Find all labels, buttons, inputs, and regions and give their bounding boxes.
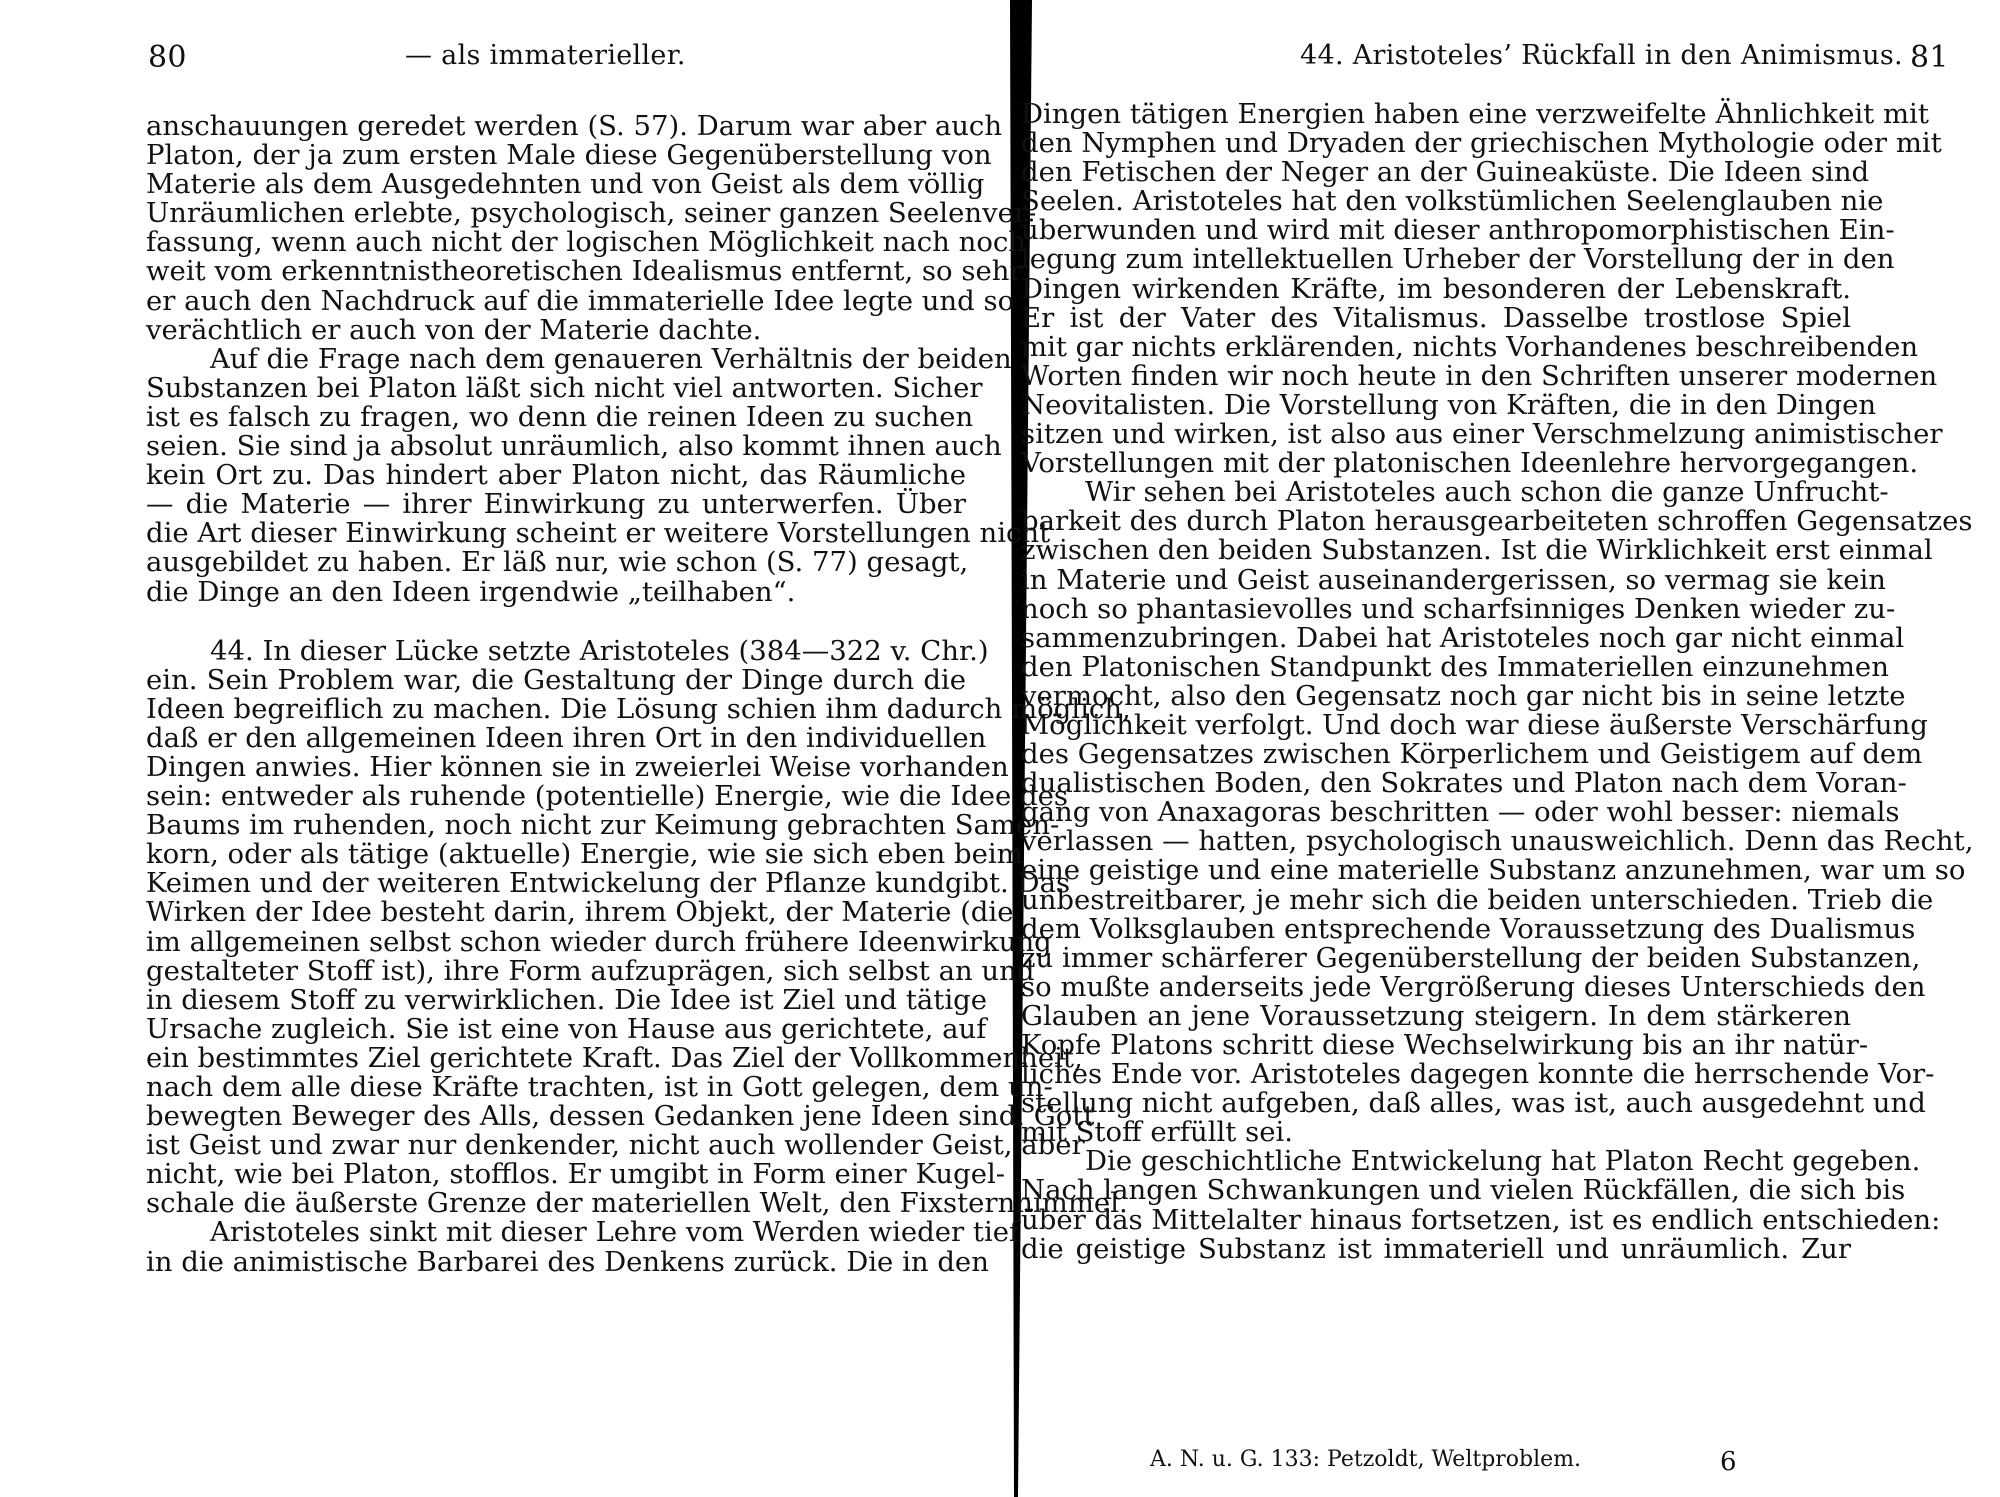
text-line: — die Materie — ihrer Einwirkung zu unte… [146, 490, 966, 519]
text-line: in Materie und Geist auseinandergerissen… [1021, 566, 1851, 595]
text-line: Er ist der Vater des Vitalismus. Dasselb… [1021, 304, 1851, 333]
text-line: nach dem alle diese Kräfte trachten, ist… [146, 1073, 966, 1102]
text-line: Dingen wirkenden Kräfte, im besonderen d… [1021, 275, 1851, 304]
text-line: sein: entweder als ruhende (potentielle)… [146, 782, 966, 811]
text-line: Seelen. Aristoteles hat den volkstümlich… [1021, 187, 1851, 216]
text-line: in diesem Stoff zu verwirklichen. Die Id… [146, 986, 966, 1015]
text-line: Materie als dem Ausgedehnten und von Gei… [146, 170, 966, 199]
right-page: 44. Aristoteles’ Rückfall in den Animism… [1030, 0, 2000, 1497]
text-line: dualistischen Boden, den Sokrates und Pl… [1021, 769, 1851, 798]
text-line: über das Mittelalter hinaus fortsetzen, … [1021, 1206, 1851, 1235]
text-line: Substanzen bei Platon läßt sich nicht vi… [146, 374, 966, 403]
text-line: überwunden und wird mit dieser anthropom… [1021, 216, 1851, 245]
text-line: Dingen tätigen Energien haben eine verzw… [1021, 100, 1851, 129]
text-line: Ursache zugleich. Sie ist eine von Hause… [146, 1015, 966, 1044]
text-line: stellung nicht aufgeben, daß alles, was … [1021, 1089, 1851, 1118]
text-line: ein. Sein Problem war, die Gestaltung de… [146, 666, 966, 695]
text-line: im allgemeinen selbst schon wieder durch… [146, 928, 966, 957]
text-line: noch so phantasievolles und scharfsinnig… [1021, 595, 1851, 624]
text-line: die Dinge an den Ideen irgendwie „teilha… [146, 578, 966, 607]
text-line: schale die äußerste Grenze der materiell… [146, 1189, 966, 1218]
text-line: liches Ende vor. Aristoteles dagegen kon… [1021, 1060, 1851, 1089]
text-line: unbestreitbarer, je mehr sich die beiden… [1021, 886, 1851, 915]
text-line: gestalteter Stoff ist), ihre Form aufzup… [146, 957, 966, 986]
paragraph-start-line: Wir sehen bei Aristoteles auch schon die… [1021, 478, 1851, 507]
text-line: sammenzubringen. Dabei hat Aristoteles n… [1021, 624, 1851, 653]
text-line: sitzen und wirken, ist also aus einer Ve… [1021, 420, 1851, 449]
text-line: Neovitalisten. Die Vorstellung von Kräft… [1021, 391, 1851, 420]
text-line: er auch den Nachdruck auf die immateriel… [146, 287, 966, 316]
text-line: Vorstellungen mit der platonischen Ideen… [1021, 449, 1851, 478]
text-line: legung zum intellektuellen Urheber der V… [1021, 245, 1851, 274]
text-line: nicht, wie bei Platon, stofflos. Er umgi… [146, 1160, 966, 1189]
text-line: die geistige Substanz ist immateriell un… [1021, 1235, 1851, 1264]
text-line: den Platonischen Standpunkt des Immateri… [1021, 653, 1851, 682]
text-line: Keimen und der weiteren Entwickelung der… [146, 869, 966, 898]
text-line: Dingen anwies. Hier können sie in zweier… [146, 753, 966, 782]
text-line: fassung, wenn auch nicht der logischen M… [146, 228, 966, 257]
text-line: barkeit des durch Platon herausgearbeite… [1021, 507, 1851, 536]
text-line: Ideen begreiflich zu machen. Die Lösung … [146, 695, 966, 724]
paragraph-start-line: Die geschichtliche Entwickelung hat Plat… [1021, 1147, 1851, 1176]
running-head: — als immaterieller. [405, 40, 686, 71]
text-line: korn, oder als tätige (aktuelle) Energie… [146, 840, 966, 869]
page-body: anschauungen geredet werden (S. 57). Dar… [146, 112, 966, 1277]
text-line: Unräumlichen erlebte, psychologisch, sei… [146, 199, 966, 228]
text-line: Worten finden wir noch heute in den Schr… [1021, 362, 1851, 391]
text-line: in die animistische Barbarei des Denkens… [146, 1248, 966, 1277]
text-line: zu immer schärferer Gegenüberstellung de… [1021, 944, 1851, 973]
text-line: die Art dieser Einwirkung scheint er wei… [146, 519, 966, 548]
text-line: mit gar nichts erklärenden, nichts Vorha… [1021, 333, 1851, 362]
paragraph-start-line: Aristoteles sinkt mit dieser Lehre vom W… [146, 1218, 966, 1247]
text-line: des Gegensatzes zwischen Körperlichem un… [1021, 740, 1851, 769]
text-line: Platon, der ja zum ersten Male diese Geg… [146, 141, 966, 170]
printer-signature: A. N. u. G. 133: Petzoldt, Weltproblem. [1150, 1447, 1581, 1472]
text-line: so mußte anderseits jede Vergrößerung di… [1021, 973, 1851, 1002]
text-line: eine geistige und eine materielle Substa… [1021, 856, 1851, 885]
text-line: den Nymphen und Dryaden der griechischen… [1021, 129, 1851, 158]
text-line: mit Stoff erfüllt sei. [1021, 1118, 1851, 1147]
text-line: ist Geist und zwar nur denkender, nicht … [146, 1131, 966, 1160]
text-line: anschauungen geredet werden (S. 57). Dar… [146, 112, 966, 141]
text-line: Kopfe Platons schritt diese Wechselwirku… [1021, 1031, 1851, 1060]
left-page: 80 — als immaterieller. anschauungen ger… [0, 0, 1010, 1497]
text-line: ausgebildet zu haben. Er läß nur, wie sc… [146, 548, 966, 577]
section-gap [146, 607, 966, 637]
text-line: vermocht, also den Gegensatz noch gar ni… [1021, 682, 1851, 711]
text-line: zwischen den beiden Substanzen. Ist die … [1021, 536, 1851, 565]
paragraph-start-line: Auf die Frage nach dem genaueren Verhält… [146, 345, 966, 374]
page-number: 80 [148, 40, 187, 75]
text-line: bewegten Beweger des Alls, dessen Gedank… [146, 1102, 966, 1131]
running-head: 44. Aristoteles’ Rückfall in den Animism… [1300, 40, 1903, 71]
text-line: ist es falsch zu fragen, wo denn die rei… [146, 403, 966, 432]
text-line: weit vom erkenntnistheoretischen Idealis… [146, 257, 966, 286]
text-line: ein bestimmtes Ziel gerichtete Kraft. Da… [146, 1044, 966, 1073]
text-line: kein Ort zu. Das hindert aber Platon nic… [146, 461, 966, 490]
sheet-number: 6 [1720, 1447, 1737, 1477]
page-body: Dingen tätigen Energien haben eine verzw… [922, 100, 1851, 1264]
page-number: 81 [1910, 40, 1949, 75]
text-line: gang von Anaxagoras beschritten — oder w… [1021, 798, 1851, 827]
text-line: Glauben an jene Voraussetzung steigern. … [1021, 1002, 1851, 1031]
text-line: Möglichkeit verfolgt. Und doch war diese… [1021, 711, 1851, 740]
text-line: seien. Sie sind ja absolut unräumlich, a… [146, 432, 966, 461]
text-line: Wirken der Idee besteht darin, ihrem Obj… [146, 898, 966, 927]
text-line: verlassen — hatten, psychologisch unausw… [1021, 827, 1851, 856]
text-line: dem Volksglauben entsprechende Vorausset… [1021, 915, 1851, 944]
text-line: Baums im ruhenden, noch nicht zur Keimun… [146, 811, 966, 840]
section-44-heading-line: 44. In dieser Lücke setzte Aristoteles (… [146, 637, 966, 666]
text-line: Nach langen Schwankungen und vielen Rück… [1021, 1176, 1851, 1205]
text-line: den Fetischen der Neger an der Guineaküs… [1021, 158, 1851, 187]
text-line: daß er den allgemeinen Ideen ihren Ort i… [146, 724, 966, 753]
text-line: verächtlich er auch von der Materie dach… [146, 316, 966, 345]
